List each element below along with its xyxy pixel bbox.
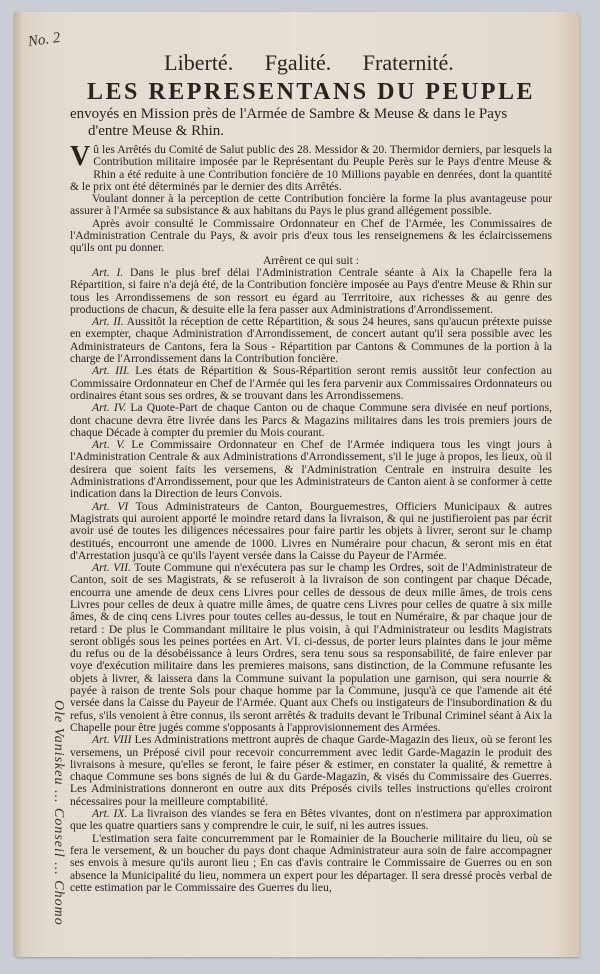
document-title: LES REPRESENTANS DU PEUPLE [70,78,552,106]
article-label: Art. IV. [92,401,126,414]
article-text: Les Administrations mettront auprès de c… [70,733,552,807]
drop-cap: V [70,145,90,169]
paragraph-voulant: Voulant donner à la perception de cette … [70,193,552,218]
subtitle-line-2: d'entre Meuse & Rhin. [70,123,552,140]
article-label: Art. V. [92,438,125,451]
article-text: Toute Commune qui n'exécutera pas sur le… [70,561,552,734]
article-text: Dans le plus bref délai l'Administration… [70,266,552,316]
subtitle-line-1: envoyés en Mission près de l'Armée de Sa… [70,106,552,123]
article-label: Art. II. [92,315,124,328]
article-6: Art. VI Tous Administrateurs de Canton, … [70,501,552,562]
article-1: Art. I. Dans le plus bref délai l'Admini… [70,267,552,316]
paragraph-apres: Après avoir consulté le Commissaire Ordo… [70,218,552,255]
article-text: Aussitôt la réception de cette Répartiti… [70,315,552,365]
paragraph-estimation: L'estimation sera faite concurremment pa… [70,833,552,894]
article-label: Art. III. [92,364,130,377]
article-4: Art. IV. La Quote-Part de chaque Canton … [70,402,552,439]
article-text: Tous Administrateurs de Canton, Bourguem… [70,500,552,562]
article-2: Art. II. Aussitôt la réception de cette … [70,316,552,365]
article-label: Art. I. [92,266,123,279]
article-8: Art. VIII Les Administrations mettront a… [70,734,552,808]
document-body: Liberté. Fgalité. Fraternité. LES REPRES… [70,50,552,894]
article-label: Art. IX. [92,807,127,820]
article-text: Le Commissaire Ordonnateur en Chef de l'… [70,438,552,500]
article-5: Art. V. Le Commissaire Ordonnateur en Ch… [70,439,552,500]
handwritten-margin-note: Ole Vaniskeu ... Conseil ... Chomo [50,700,66,926]
article-text: Les états de Répartition & Sous-Répartit… [70,364,552,402]
preamble: Vû les Arrêtés du Comité de Salut public… [70,144,552,193]
article-label: Art. VI [92,500,128,513]
motto: Liberté. Fgalité. Fraternité. [66,50,552,76]
article-label: Art. VIII [92,733,131,746]
preamble-text: û les Arrêtés du Comité de Salut public … [70,143,552,193]
article-label: Art. VII. [92,561,131,574]
article-9: Art. IX. La livraison des viandes se fer… [70,808,552,833]
article-text: La livraison des viandes se fera en Bête… [70,807,552,832]
article-7: Art. VII. Toute Commune qui n'exécutera … [70,562,552,734]
article-text: La Quote-Part de chaque Canton ou de cha… [70,401,552,439]
article-3: Art. III. Les états de Répartition & Sou… [70,365,552,402]
